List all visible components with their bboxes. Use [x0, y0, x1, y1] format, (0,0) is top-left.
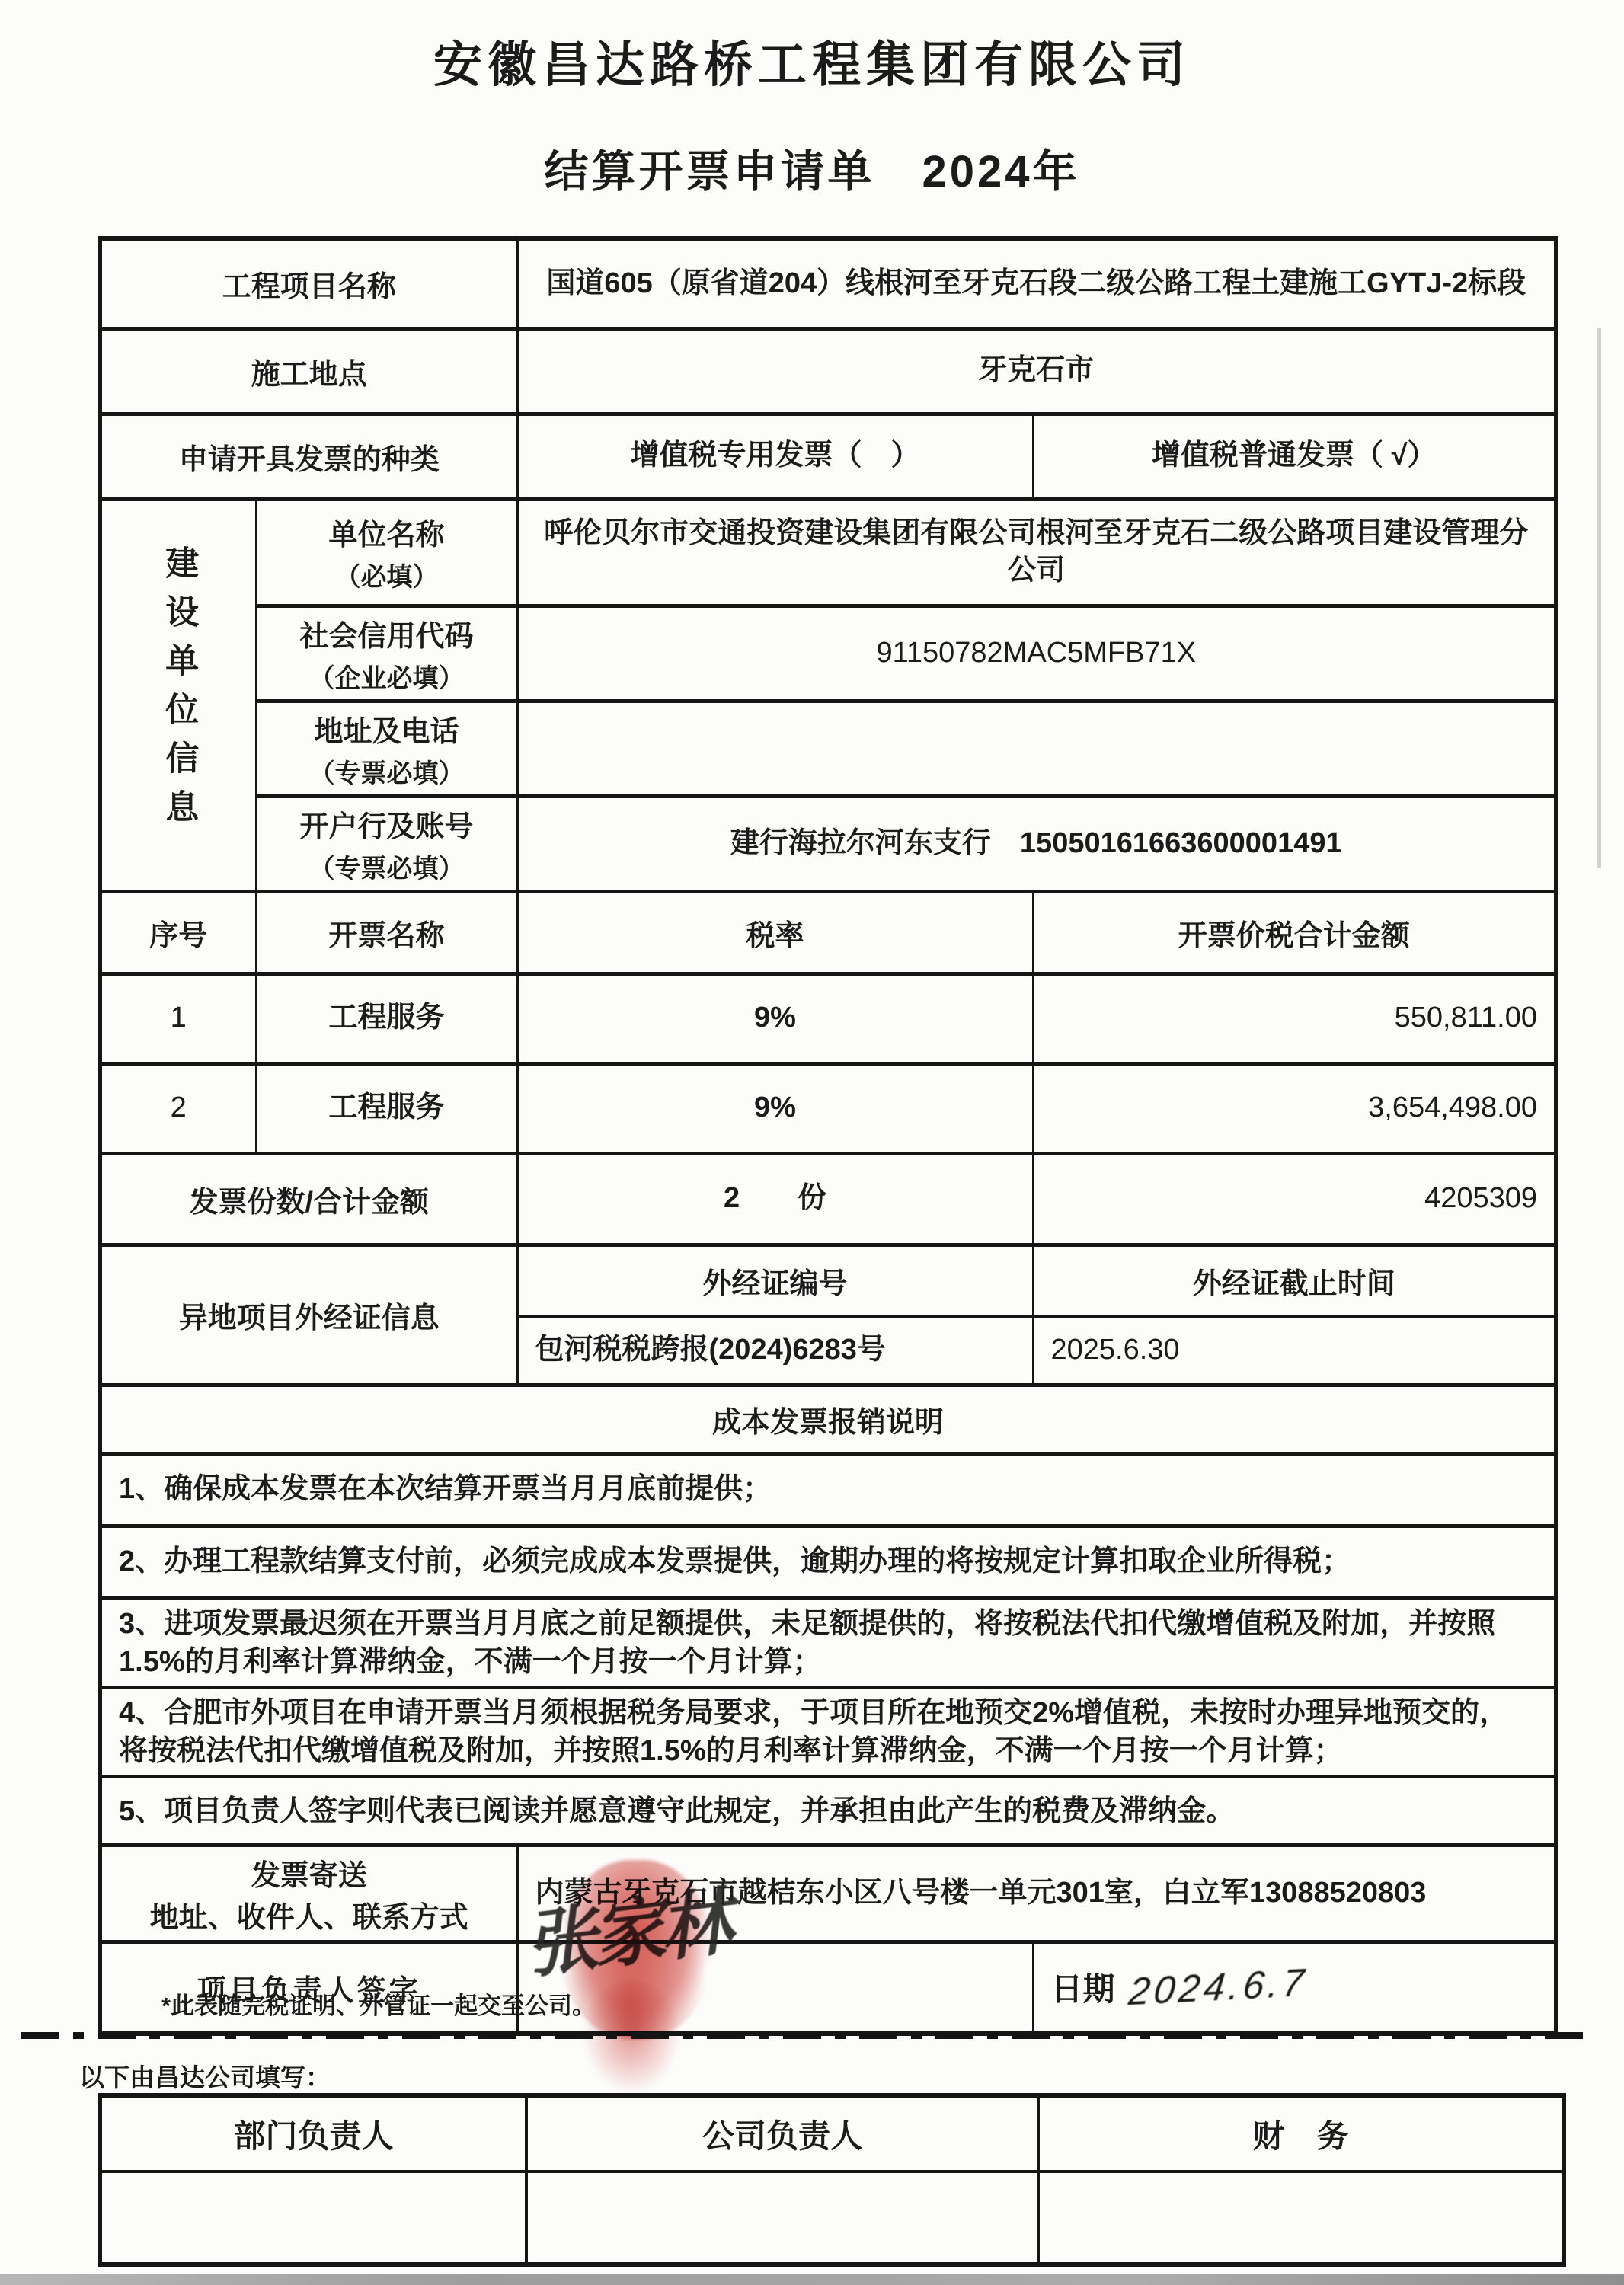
approval-empty-row [100, 2172, 1564, 2264]
item-1-rate: 9% [517, 973, 1033, 1063]
items-header-rate: 税率 [517, 891, 1033, 973]
credit-code-label-line2: （企业必填） [274, 657, 500, 695]
company-approval-table: 部门负责人 公司负责人 财 务 [98, 2093, 1566, 2267]
form-footnote: *此表随完税证明、外管证一起交至公司。 [161, 1986, 596, 2021]
scanned-invoice-application-form: 安徽昌达路桥工程集团有限公司 结算开票申请单 2024年 工程项目名称 国道60… [0, 0, 1624, 2285]
approval-header-company: 公司负责人 [526, 2095, 1038, 2172]
summary-label: 发票份数/合计金额 [100, 1153, 517, 1245]
dashed-separator [21, 2032, 1592, 2039]
note-row-1: 1、确保成本发票在本次结算开票当月月底前提供； [100, 1453, 1556, 1526]
delivery-label-line1: 发票寄送 [119, 1852, 500, 1894]
cost-note-title: 成本发票报销说明 [100, 1385, 1556, 1453]
items-header-name: 开票名称 [256, 891, 517, 973]
note-2: 2、办理工程款结算支付前，必须完成成本发票提供，逾期办理的将按规定计算扣取企业所… [100, 1526, 1556, 1598]
approval-empty-company [526, 2172, 1038, 2264]
note-row-4: 4、合肥市外项目在申请开票当月须根据税务局要求，于项目所在地预交2%增值税，未按… [100, 1687, 1556, 1776]
external-cert-no-value: 包河税税跨报(2024)6283号 [517, 1316, 1033, 1385]
approval-header-row: 部门负责人 公司负责人 财 务 [100, 2095, 1564, 2172]
item-1-amount: 550,811.00 [1033, 973, 1556, 1063]
address-phone-row: 地址及电话 （专票必填） [100, 701, 1556, 796]
approval-header-finance: 财 务 [1038, 2095, 1564, 2172]
date-label: 日期 [1051, 1971, 1115, 2007]
item-2-name: 工程服务 [256, 1063, 517, 1153]
note-row-5: 5、项目负责人签字则代表已阅读并愿意遵守此规定，并承担由此产生的税费及滞纳金。 [100, 1777, 1556, 1846]
external-cert-no-header: 外经证编号 [517, 1245, 1033, 1316]
project-name-label: 工程项目名称 [100, 238, 517, 328]
summary-row: 发票份数/合计金额 2 份 4205309 [100, 1153, 1556, 1245]
date-cell: 日期2024.6.7 [1033, 1942, 1556, 2034]
summary-count: 2 份 [517, 1153, 1033, 1245]
external-cert-label: 异地项目外经证信息 [100, 1245, 517, 1385]
builder-name-value: 呼伦贝尔市交通投资建设集团有限公司根河至牙克石二级公路项目建设管理分公司 [517, 499, 1556, 606]
bank-account-label-line2: （专票必填） [274, 848, 500, 885]
items-header-amount: 开票价税合计金额 [1033, 891, 1556, 973]
address-phone-label: 地址及电话 （专票必填） [256, 701, 517, 796]
address-phone-label-line1: 地址及电话 [274, 708, 500, 749]
item-row-1: 1 工程服务 9% 550,811.00 [100, 973, 1556, 1063]
note-row-2: 2、办理工程款结算支付前，必须完成成本发票提供，逾期办理的将按规定计算扣取企业所… [100, 1526, 1556, 1598]
bank-account-label: 开户行及账号 （专票必填） [256, 796, 517, 891]
note-1: 1、确保成本发票在本次结算开票当月月底前提供； [100, 1453, 1556, 1526]
invoice-type-row: 申请开具发票的种类 增值税专用发票（ ） 增值税普通发票（ √） [100, 414, 1556, 499]
builder-name-label-line2: （必填） [274, 556, 500, 593]
builder-name-label-line1: 单位名称 [274, 511, 500, 553]
summary-total: 4205309 [1033, 1153, 1556, 1245]
delivery-row: 发票寄送 地址、收件人、联系方式 内蒙古牙克石市越桔东小区八号楼一单元301室，… [100, 1846, 1556, 1942]
cost-note-title-row: 成本发票报销说明 [100, 1385, 1556, 1453]
credit-code-label-line1: 社会信用代码 [274, 612, 500, 654]
form-title: 结算开票申请单 2024年 [0, 136, 1624, 200]
items-header-row: 序号 开票名称 税率 开票价税合计金额 [100, 891, 1556, 973]
approval-empty-finance [1038, 2172, 1564, 2264]
bank-account-label-line1: 开户行及账号 [274, 803, 500, 845]
delivery-label-line2: 地址、收件人、联系方式 [119, 1894, 500, 1935]
item-2-no: 2 [100, 1063, 256, 1153]
credit-code-value: 91150782MAC5MFB71X [517, 606, 1556, 701]
external-cert-deadline-value: 2025.6.30 [1033, 1316, 1556, 1385]
construction-site-value: 牙克石市 [517, 328, 1556, 414]
bank-account-row: 开户行及账号 （专票必填） 建行海拉尔河东支行 1505016166360000… [100, 796, 1556, 891]
items-header-no: 序号 [100, 891, 256, 973]
note-row-3: 3、进项发票最迟须在开票当月月底之前足额提供，未足额提供的，将按税法代扣代缴增值… [100, 1598, 1556, 1687]
item-1-name: 工程服务 [256, 973, 517, 1063]
note-5: 5、项目负责人签字则代表已阅读并愿意遵守此规定，并承担由此产生的税费及滞纳金。 [100, 1777, 1556, 1846]
address-phone-value-empty [517, 701, 1556, 796]
credit-code-row: 社会信用代码 （企业必填） 91150782MAC5MFB71X [100, 606, 1556, 701]
credit-code-label: 社会信用代码 （企业必填） [256, 606, 517, 701]
note-3: 3、进项发票最迟须在开票当月月底之前足额提供，未足额提供的，将按税法代扣代缴增值… [100, 1598, 1556, 1687]
invoice-type-label: 申请开具发票的种类 [100, 414, 517, 499]
project-name-row: 工程项目名称 国道605（原省道204）线根河至牙克石段二级公路工程土建施工GY… [100, 238, 1556, 328]
company-title: 安徽昌达路桥工程集团有限公司 [0, 26, 1624, 96]
builder-name-label: 单位名称 （必填） [256, 499, 517, 606]
construction-site-label: 施工地点 [100, 328, 517, 414]
builder-info-group-cell: 建设单位信息 [100, 499, 256, 891]
approval-empty-department [100, 2172, 526, 2264]
note-4: 4、合肥市外项目在申请开票当月须根据税务局要求，于项目所在地预交2%增值税，未按… [100, 1687, 1556, 1776]
invoice-type-special-option: 增值税专用发票（ ） [517, 414, 1033, 499]
external-cert-deadline-header: 外经证截止时间 [1033, 1245, 1556, 1316]
bank-account-value: 建行海拉尔河东支行 15050161663600001491 [517, 796, 1556, 891]
item-row-2: 2 工程服务 9% 3,654,498.00 [100, 1063, 1556, 1153]
external-cert-header-row: 异地项目外经证信息 外经证编号 外经证截止时间 [100, 1245, 1556, 1316]
item-2-rate: 9% [517, 1063, 1033, 1153]
main-form-table: 工程项目名称 国道605（原省道204）线根河至牙克石段二级公路工程土建施工GY… [98, 236, 1558, 2036]
date-handwritten-value: 2024.6.7 [1127, 1961, 1309, 2015]
scan-bottom-band [0, 2274, 1624, 2285]
builder-name-row: 建设单位信息 单位名称 （必填） 呼伦贝尔市交通投资建设集团有限公司根河至牙克石… [100, 499, 1556, 606]
item-1-no: 1 [100, 973, 256, 1063]
builder-info-vertical-label: 建设单位信息 [161, 545, 195, 838]
construction-site-row: 施工地点 牙克石市 [100, 328, 1556, 414]
scan-edge-artifact [1597, 328, 1601, 868]
company-fill-note: 以下由昌达公司填写： [79, 2058, 331, 2094]
delivery-label: 发票寄送 地址、收件人、联系方式 [100, 1846, 517, 1942]
item-2-amount: 3,654,498.00 [1033, 1063, 1556, 1153]
delivery-value: 内蒙古牙克石市越桔东小区八号楼一单元301室，白立军13088520803 [517, 1846, 1556, 1942]
address-phone-label-line2: （专票必填） [274, 753, 500, 790]
project-name-value: 国道605（原省道204）线根河至牙克石段二级公路工程土建施工GYTJ-2标段 [517, 238, 1556, 328]
invoice-type-general-option-checked: 增值税普通发票（ √） [1033, 414, 1556, 499]
approval-header-department: 部门负责人 [100, 2095, 526, 2172]
